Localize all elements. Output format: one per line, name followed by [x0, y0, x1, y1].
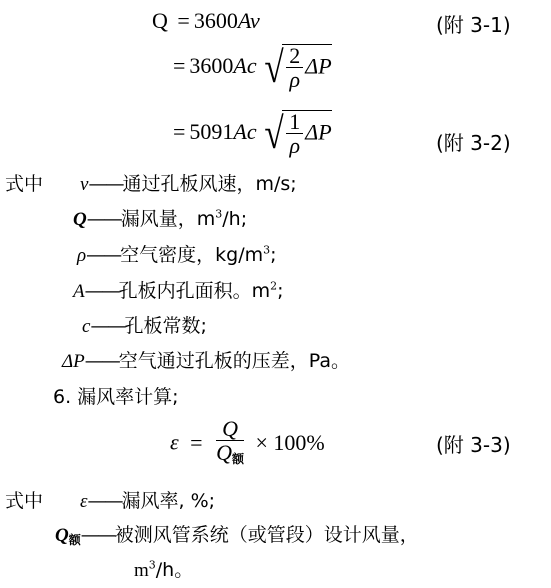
symbol-rho: ρ [77, 245, 86, 266]
definitions-intro: 式中 [5, 169, 43, 196]
dash: —— [90, 315, 124, 337]
eq4-equals: = [190, 430, 202, 455]
superscript: 3 [149, 559, 156, 572]
definition-text-tail: ; [277, 280, 283, 302]
definition-text: 漏风率, %; [122, 490, 216, 512]
symbol-q: Q [73, 209, 87, 230]
definition-delta-p: ΔP——空气通过孔板的压差，Pa。 [62, 346, 350, 373]
definition-text-tail: ; [270, 244, 276, 266]
dash: —— [85, 280, 119, 302]
equation-label-3-3: (附 3-3) [436, 429, 511, 458]
definitions-intro-2: 式中 [5, 486, 43, 513]
dash: —— [85, 350, 119, 372]
eq2-var-a: A [233, 53, 246, 78]
eq4-times: × 100% [256, 430, 325, 455]
definition-epsilon: ε——漏风率, %; [80, 486, 215, 513]
definition-text: 漏风量，m [121, 208, 216, 230]
eq3-denominator: ρ [286, 134, 303, 158]
eq1-lhs: Q [152, 8, 168, 33]
sqrt-icon: √ [265, 112, 284, 156]
eq2-numerator: 2 [286, 45, 303, 68]
unit-text: m [134, 560, 149, 581]
equation-3-3: ε = Q Q额 × 100% [170, 418, 325, 471]
equation-label-3-1: (附 3-1) [436, 9, 511, 38]
eq3-equals: = [173, 119, 185, 144]
eq1-var-a: A [238, 8, 250, 33]
eq2-var-c: c [247, 53, 257, 78]
eq1-coef: 3600 [194, 8, 238, 33]
eq3-var-a: A [233, 119, 246, 144]
definition-v: v——通过孔板风速，m/s; [80, 169, 297, 196]
eq4-lhs: ε [170, 430, 179, 455]
eq4-denominator: Q额 [216, 441, 244, 471]
eq3-coef: 5091 [189, 119, 233, 144]
unit-text-tail: /h。 [156, 559, 193, 581]
symbol-epsilon: ε [80, 491, 88, 512]
eq1-equals: = [177, 8, 189, 33]
eq4-den-symbol: Q [216, 440, 232, 465]
definition-rho: ρ——空气密度，kg/m3; [77, 240, 277, 267]
equation-3-2: =5091Ac √ 1 ρ ΔP [173, 110, 332, 158]
sqrt-icon: √ [265, 46, 284, 90]
eq3-delta-p: ΔP [305, 120, 331, 145]
dash: —— [81, 524, 115, 546]
definition-c: c——孔板常数; [82, 311, 207, 338]
eq2-denominator: ρ [286, 68, 303, 92]
equation-3-1-expanded: =3600Ac √ 2 ρ ΔP [173, 44, 332, 92]
dash: —— [88, 490, 122, 512]
symbol-subscript: 额 [69, 533, 81, 547]
eq4-numerator: Q [216, 418, 244, 441]
definition-text-tail: /h; [222, 208, 247, 230]
eq2-delta-p: ΔP [305, 54, 331, 79]
symbol-a: A [73, 281, 85, 302]
definition-text: 空气通过孔板的压差，Pa。 [119, 350, 350, 372]
eq4-fraction: Q Q额 [216, 418, 244, 471]
definition-text: 空气密度，kg/m [120, 244, 263, 266]
definition-q-rated: Q额——被测风管系统（或管段）设计风量， [55, 520, 419, 548]
definition-text: 被测风管系统（或管段）设计风量， [115, 524, 419, 546]
eq3-var-c: c [247, 119, 257, 144]
eq2-sqrt: √ 2 ρ ΔP [262, 44, 332, 92]
equation-3-1: Q =3600Av [152, 8, 260, 34]
eq3-fraction: 1 ρ [286, 111, 303, 158]
eq3-numerator: 1 [286, 111, 303, 134]
eq4-den-subscript: 额 [232, 452, 244, 466]
dash: —— [88, 173, 122, 195]
definition-text: 孔板常数; [124, 315, 206, 337]
eq3-sqrt: √ 1 ρ ΔP [262, 110, 332, 158]
dash: —— [86, 244, 120, 266]
symbol-q-rated: Q [55, 525, 69, 546]
eq2-coef: 3600 [189, 53, 233, 78]
definition-a: A——孔板内孔面积。m2; [73, 276, 284, 303]
eq1-var-v: v [250, 8, 260, 33]
definition-q: Q——漏风量，m3/h; [73, 204, 247, 231]
eq2-fraction: 2 ρ [286, 45, 303, 92]
section-heading: 6. 漏风率计算; [53, 382, 179, 409]
symbol-delta-p: ΔP [62, 351, 85, 372]
definition-q-rated-unit: m3/h。 [134, 555, 193, 582]
dash: —— [87, 208, 121, 230]
definition-text: 孔板内孔面积。m [119, 280, 271, 302]
equation-label-3-2: (附 3-2) [436, 127, 511, 156]
definition-text: 通过孔板风速，m/s; [122, 173, 296, 195]
eq2-equals: = [173, 53, 185, 78]
